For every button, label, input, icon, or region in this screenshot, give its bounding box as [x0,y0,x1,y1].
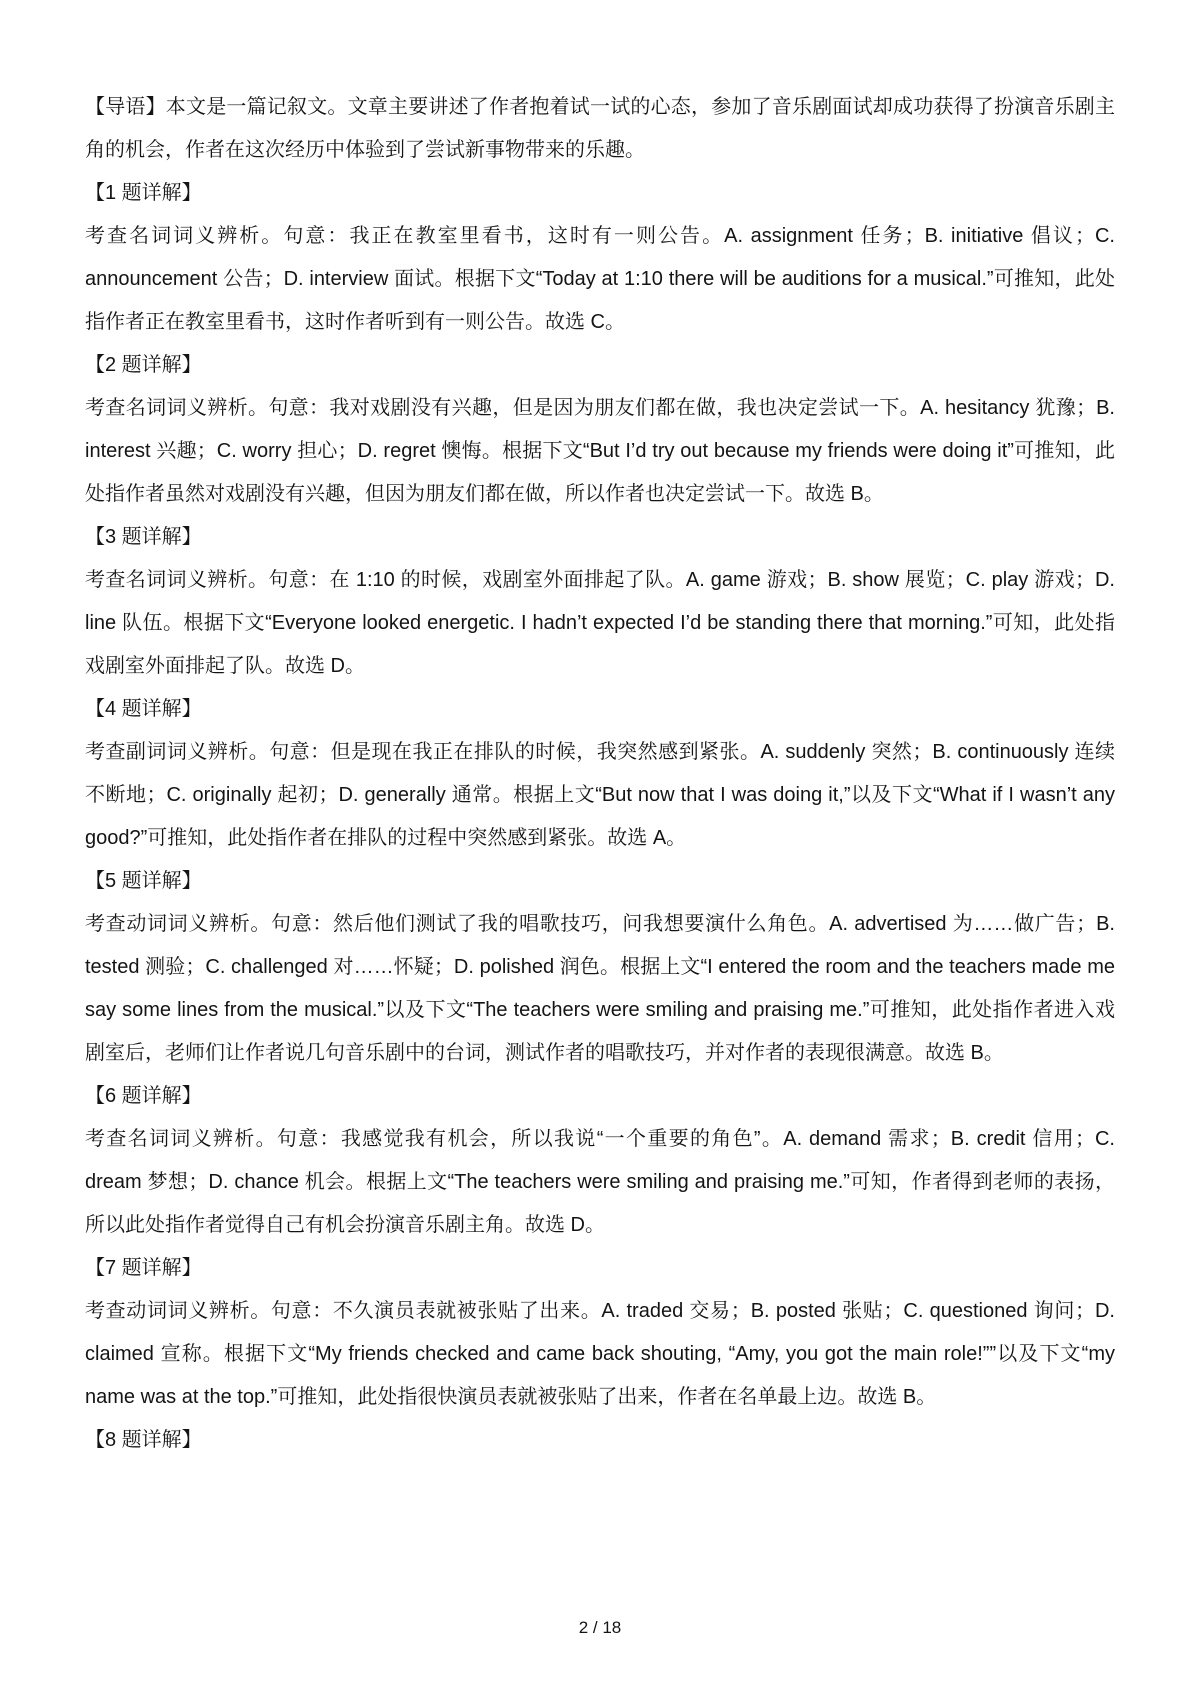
section-7-body: 考查动词词义辨析。句意：不久演员表就被张贴了出来。A. traded 交易；B.… [85,1290,1115,1419]
document-content: 【导语】本文是一篇记叙文。文章主要讲述了作者抱着试一试的心态，参加了音乐剧面试却… [85,86,1115,1462]
section-3-body: 考查名词词义辨析。句意：在 1:10 的时候，戏剧室外面排起了队。A. game… [85,559,1115,688]
section-1-body: 考查名词词义辨析。句意：我正在教室里看书，这时有一则公告。A. assignme… [85,215,1115,344]
section-7-heading: 【7 题详解】 [85,1247,1115,1290]
document-page: 【导语】本文是一篇记叙文。文章主要讲述了作者抱着试一试的心态，参加了音乐剧面试却… [0,0,1200,1697]
section-4-body: 考查副词词义辨析。句意：但是现在我正在排队的时候，我突然感到紧张。A. sudd… [85,731,1115,860]
section-2-heading: 【2 题详解】 [85,344,1115,387]
section-5-body: 考查动词词义辨析。句意：然后他们测试了我的唱歌技巧，问我想要演什么角色。A. a… [85,903,1115,1075]
section-1-heading: 【1 题详解】 [85,172,1115,215]
intro-paragraph: 【导语】本文是一篇记叙文。文章主要讲述了作者抱着试一试的心态，参加了音乐剧面试却… [85,86,1115,172]
section-3-heading: 【3 题详解】 [85,516,1115,559]
section-2-body: 考查名词词义辨析。句意：我对戏剧没有兴趣，但是因为朋友们都在做，我也决定尝试一下… [85,387,1115,516]
section-4-heading: 【4 题详解】 [85,688,1115,731]
section-6-body: 考查名词词义辨析。句意：我感觉我有机会，所以我说“一个重要的角色”。A. dem… [85,1118,1115,1247]
page-number: 2 / 18 [0,1617,1200,1639]
section-8-heading: 【8 题详解】 [85,1419,1115,1462]
section-5-heading: 【5 题详解】 [85,860,1115,903]
section-6-heading: 【6 题详解】 [85,1075,1115,1118]
